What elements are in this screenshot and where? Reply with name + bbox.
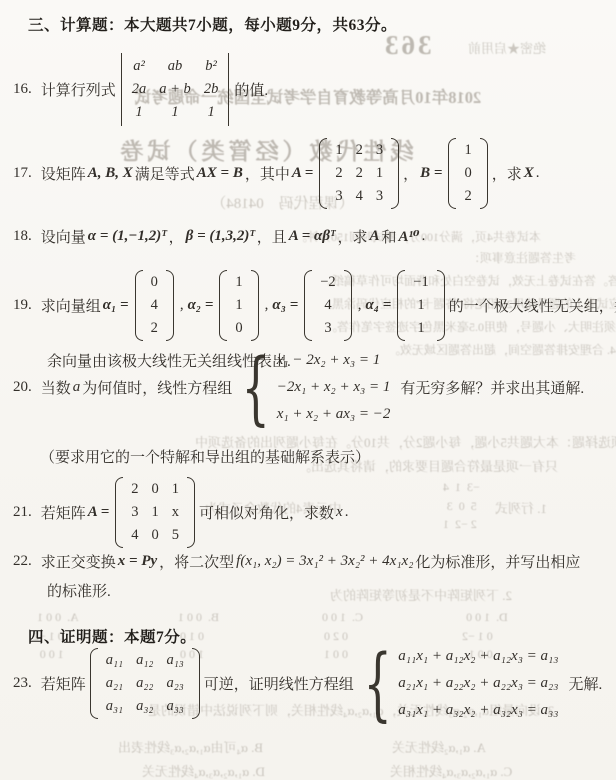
right-paren <box>344 270 352 341</box>
cell: 4 <box>151 297 158 314</box>
cell: 2 <box>335 165 342 182</box>
section-3-heading: 三、计算题：本大题共7小题，每小题9分，共63分。 <box>28 13 397 35</box>
cell: x <box>172 504 179 521</box>
cell: 3 <box>335 188 342 205</box>
equation: a₂₁x₁ + a₂₂x₂ + a₂₂x₃ = a₂₃ <box>398 675 558 692</box>
matrix-cells: 123221343 <box>327 138 391 209</box>
separator: , <box>180 297 184 314</box>
cell: a + b <box>159 81 191 98</box>
matrix-aij-23: a₁₁a₁₂a₁₃a₂₁a₂₂a₂₃a₃₁a₃₂a₃₃ <box>90 648 200 719</box>
cell: 1 <box>235 274 242 291</box>
question-number: 21. <box>13 504 32 521</box>
question-text: 为何值时，线性方程组 <box>82 377 232 398</box>
question-text: ，其中 <box>245 163 290 184</box>
cell: 2 <box>151 320 158 337</box>
equation-system-20: x₁ − 2x₂ + x₃ = 1 −2x₁ + x₂ + x₃ = 1 有无穷… <box>277 352 584 423</box>
left-paren <box>448 138 456 209</box>
system-brace-icon: { <box>242 348 270 427</box>
question-text: ， <box>169 226 184 247</box>
right-paren <box>187 477 195 548</box>
math-expression: a <box>73 379 81 396</box>
equation-system-23: a₁₁x₁ + a₁₂x₂ + a₁₂x₃ = a₁₃ a₂₁x₁ + a₂₂x… <box>398 648 602 719</box>
question-text: 可相似对角化，求数 <box>199 502 334 523</box>
question-21: 21. 若矩阵 A = 20131x405 可相似对角化，求数 x . <box>13 477 348 548</box>
question-text: 的一个极大线性无关组，并将其 <box>449 295 616 316</box>
cell: a₁₂ <box>136 652 153 669</box>
question-number: 16. <box>13 81 32 98</box>
question-number: 17. <box>13 165 32 182</box>
question-text: 无解. <box>568 673 602 694</box>
determinant-16: a²abb²2aa + b2b111 <box>121 53 230 126</box>
question-text: 当数 <box>41 377 71 398</box>
left-paren <box>397 270 405 341</box>
ghost-secret-label: 绝密★启用前 <box>468 38 546 57</box>
question-number: 18. <box>13 228 32 245</box>
math-expression: X <box>524 165 534 182</box>
cell: a₁₁ <box>106 652 123 669</box>
cell: −2 <box>320 274 335 291</box>
question-text: 设矩阵 <box>41 163 86 184</box>
vector-cells: −243 <box>312 270 343 341</box>
math-expression: A, B, X <box>88 165 133 182</box>
question-text: 满足等式 <box>135 163 195 184</box>
equation: x₁ − 2x₂ + x₃ = 1 <box>277 352 380 369</box>
matrix-a-21: 20131x405 <box>115 477 195 548</box>
ghost-notice-heading: 考生答题注意事项： <box>468 249 576 266</box>
cell: 4 <box>356 188 363 205</box>
cell: 0 <box>152 527 159 544</box>
math-expression: α₃ = <box>272 297 298 314</box>
matrix-cells: 20131x405 <box>123 477 187 548</box>
cell: 1 <box>376 165 383 182</box>
question-text: ，且 <box>257 226 287 247</box>
cell: 5 <box>172 527 179 544</box>
ghost-back-q1-determinant: −3 1 4 5 0 3 2 −2 1 <box>443 478 480 534</box>
question-18: 18. 设向量 α = (1,−1,2)ᵀ ， β = (1,3,2)ᵀ ，且 … <box>13 226 425 247</box>
right-paren <box>391 138 399 209</box>
cell: 3 <box>376 188 383 205</box>
cell: 3 <box>131 504 138 521</box>
question-text: 和 <box>381 226 396 247</box>
math-expression: A = <box>88 504 109 521</box>
cell: a² <box>133 58 145 75</box>
matrix-cells: a₁₁a₁₂a₁₃a₂₁a₂₂a₂₃a₃₁a₃₂a₃₃ <box>98 648 192 719</box>
right-paren <box>166 270 174 341</box>
left-paren <box>135 270 143 341</box>
cell: 1 <box>464 142 471 159</box>
left-paren <box>304 270 312 341</box>
question-text: ， <box>403 163 418 184</box>
vector-alpha2: 110 <box>219 270 258 341</box>
left-paren <box>219 270 227 341</box>
cell: a₃₃ <box>166 698 183 715</box>
section-4-heading: 四、证明题：本题7分。 <box>28 625 196 647</box>
cell: 2 <box>464 188 471 205</box>
equation: a₁₁x₁ + a₁₂x₂ + a₁₂x₃ = a₁₃ <box>398 648 558 665</box>
equation: a₃₁x₁ + a₃₂x₂ + a₃₂x₃ = a₃₃ <box>398 702 558 719</box>
question-text: 若矩阵 <box>41 502 86 523</box>
question-text: 的值. <box>234 79 268 100</box>
question-text: . <box>345 504 349 521</box>
cell: 2 <box>356 165 363 182</box>
question-number: 20. <box>13 379 32 396</box>
cell: 1 <box>207 104 214 121</box>
question-text: . <box>536 165 540 182</box>
question-number: 23. <box>13 675 32 692</box>
vector-alpha3: −243 <box>304 270 351 341</box>
cell: 1 <box>235 297 242 314</box>
question-text: ，将二次型 <box>159 551 234 572</box>
cell: 1 <box>417 320 424 337</box>
math-expression: A¹⁰ <box>398 227 419 246</box>
cell: 1 <box>417 297 424 314</box>
cell: a₂₁ <box>106 675 123 692</box>
cell: 0 <box>464 165 471 182</box>
question-text: 求向量组 <box>41 295 101 316</box>
ghost-back-q2: 2. 下列矩阵中不是初等矩阵的为 <box>330 585 512 604</box>
math-expression: B = <box>420 165 442 182</box>
cell: 1 <box>171 104 178 121</box>
question-text: 设向量 <box>41 226 86 247</box>
separator: , <box>265 297 269 314</box>
equation-row: a₂₁x₁ + a₂₂x₂ + a₂₂x₃ = a₂₃ 无解. <box>398 673 602 694</box>
question-text: 计算行列式 <box>41 79 116 100</box>
math-expression: A = <box>292 165 313 182</box>
left-paren <box>319 138 327 209</box>
math-expression: α₁ = <box>103 297 129 314</box>
cell: a₁₃ <box>166 652 183 669</box>
question-text: 求正交变换 <box>41 551 116 572</box>
vector-cells: 102 <box>456 138 479 209</box>
equation: x₁ + x₂ + ax₃ = −2 <box>277 406 391 423</box>
cell: 1 <box>172 481 179 498</box>
cell: a₂₃ <box>166 675 183 692</box>
question-23: 23. 若矩阵 a₁₁a₁₂a₁₃a₂₁a₂₂a₂₃a₃₁a₃₂a₃₃ 可逆，证… <box>13 648 602 719</box>
ghost-back-q3-option-c: C. α₁,α₂,α₃,α₄线性相关 <box>390 761 512 780</box>
cell: 2 <box>131 481 138 498</box>
cell: ab <box>168 58 183 75</box>
cell: a₃₁ <box>106 698 123 715</box>
math-expression: f(x₁, x₂) = 3x₁² + 3x₂² + 4x₁x₂ <box>236 553 413 570</box>
cell: 3 <box>376 142 383 159</box>
cell: 1 <box>335 142 342 159</box>
vector-cells: 110 <box>227 270 250 341</box>
vector-alpha1: 042 <box>135 270 174 341</box>
question-text: 可逆，证明线性方程组 <box>204 673 354 694</box>
cell: 4 <box>131 527 138 544</box>
equation-row: −2x₁ + x₂ + x₃ = 1 有无穷多解？并求出其通解. <box>277 377 584 398</box>
cell: 0 <box>152 481 159 498</box>
cell: 0 <box>151 274 158 291</box>
math-expression: A = αβᵀ <box>289 228 336 245</box>
right-paren <box>437 270 445 341</box>
right-paren <box>480 138 488 209</box>
math-expression: x <box>336 504 343 521</box>
math-expression: α₄ = <box>365 297 391 314</box>
cell: 1 <box>152 504 159 521</box>
right-paren <box>192 648 200 719</box>
cell: a₃₂ <box>136 698 153 715</box>
cell: 4 <box>324 297 331 314</box>
separator: , <box>358 297 362 314</box>
question-text: ，求 <box>337 226 367 247</box>
question-number: 19. <box>13 297 32 314</box>
matrix-a-17: 123221343 <box>319 138 399 209</box>
left-paren <box>115 477 123 548</box>
math-expression: A <box>369 228 379 245</box>
ghost-back-q3-option-a: A. α₁,α₂线性无关 <box>392 737 486 756</box>
vector-b-17: 102 <box>448 138 487 209</box>
cell: b² <box>205 58 217 75</box>
question-20: 20. 当数 a 为何值时，线性方程组 { x₁ − 2x₂ + x₃ = 1 … <box>13 352 584 423</box>
question-text: 若矩阵 <box>41 673 86 694</box>
math-expression: α₂ = <box>188 297 214 314</box>
question-text: 化为标准形，并写出相应 <box>415 551 580 572</box>
math-expression: β = (1,3,2)ᵀ <box>186 228 255 245</box>
vector-alpha4: −111 <box>397 270 444 341</box>
cell: 2 <box>356 142 363 159</box>
cell: −1 <box>413 274 428 291</box>
question-20-note: （要求用它的一个特解和导出组的基础解系表示） <box>40 446 370 467</box>
cell: 2a <box>132 81 147 98</box>
question-22-continuation: 的标准形. <box>47 580 111 601</box>
cell: 2b <box>204 81 219 98</box>
question-16: 16. 计算行列式 a²abb²2aa + b2b111 的值. <box>13 53 268 126</box>
question-text: 有无穷多解？并求出其通解. <box>400 377 584 398</box>
cell: 3 <box>324 320 331 337</box>
right-paren <box>251 270 259 341</box>
ghost-back-q1-label: 1. 行列式 <box>495 498 547 517</box>
system-brace-icon: { <box>363 644 391 723</box>
question-17: 17. 设矩阵 A, B, X 满足等式 AX = B ，其中 A = 1232… <box>13 138 539 209</box>
exam-scan-page: 363 绝密★启用前 2018年10月高等教育自学考试全国统一命题考试 线性代数… <box>0 0 616 780</box>
cell: a₂₂ <box>136 675 153 692</box>
question-text: . <box>422 228 426 245</box>
vector-cells: 042 <box>143 270 166 341</box>
question-22: 22. 求正交变换 x = Py ，将二次型 f(x₁, x₂) = 3x₁² … <box>13 551 580 572</box>
question-number: 22. <box>13 553 32 570</box>
math-expression: x = Py <box>118 553 157 570</box>
vector-cells: −111 <box>405 270 436 341</box>
equation: −2x₁ + x₂ + x₃ = 1 <box>277 379 391 396</box>
cell: 1 <box>135 104 142 121</box>
left-paren <box>90 648 98 719</box>
ghost-back-q3-option-b: B. α₄可由α₁,α₂,α₃线性表出 <box>118 737 263 756</box>
math-expression: AX = B <box>197 165 243 182</box>
ghost-back-q3-option-d: D. α₁,α₂,α₃,α₄线性无关 <box>142 761 265 780</box>
math-expression: α = (1,−1,2)ᵀ <box>88 228 167 245</box>
question-text: ，求 <box>492 163 522 184</box>
question-19: 19. 求向量组 α₁ = 042 , α₂ = 110 , α₃ = −243… <box>13 270 616 341</box>
cell: 0 <box>235 320 242 337</box>
